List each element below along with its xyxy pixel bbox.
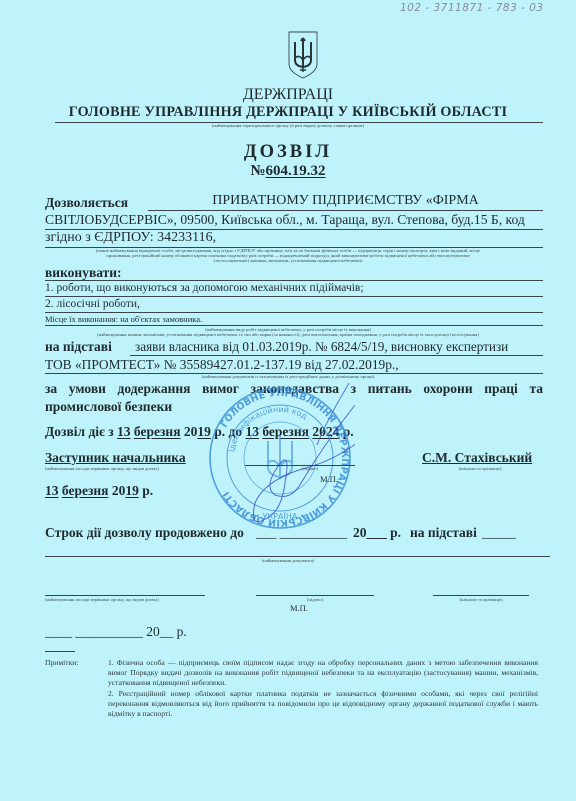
- agency-name: ДЕРЖПРАЦІ: [0, 86, 576, 104]
- note-item-1: 1. Фізична особа — підприємець своїм під…: [108, 658, 538, 688]
- signer-position: Заступник начальника: [45, 450, 186, 466]
- office-caption: (найменування територіального органу (в …: [0, 123, 576, 128]
- extension-date: ____ __________ 20__ р.: [45, 624, 187, 640]
- extension-stamp-label: М.П.: [290, 603, 308, 613]
- extension-basis-label: на підставі: [410, 525, 477, 541]
- grantee-line-1: ПРИВАТНОМУ ПІДПРИЄМСТВУ «ФІРМА: [148, 193, 543, 209]
- work-location: Місце їх виконання: на об'єктах замовник…: [45, 314, 202, 324]
- basis-line-2: ТОВ «ПРОМТЕСТ» № 35589427.01.2-137.19 ві…: [45, 357, 399, 373]
- rule: [148, 210, 543, 211]
- note-item-2: 2. Реєстраційний номер облікової картки …: [108, 689, 538, 719]
- extension-year: 20___ р.: [353, 525, 401, 541]
- grantee-caption-3: (застосовуватиме) машини, механізми, уст…: [0, 258, 576, 263]
- permit-number-prefix: №: [250, 163, 265, 179]
- rule: [45, 312, 543, 313]
- extension-name-caption: (ініціали та прізвище): [433, 597, 529, 602]
- extension-document-line: [45, 556, 550, 557]
- work-item-1: 1. роботи, що виконуються за допомогою м…: [45, 282, 364, 294]
- signer-name: С.М. Стахівський: [422, 450, 532, 466]
- extension-date-blank: ___ __________: [256, 525, 347, 541]
- validity-prefix: Дозвіл діє з: [45, 424, 114, 439]
- basis-label: на підставі: [45, 339, 112, 355]
- extension-position-line: [45, 595, 205, 596]
- grantee-label: Дозволяється: [45, 195, 128, 211]
- regional-office-name: ГОЛОВНЕ УПРАВЛІННЯ ДЕРЖПРАЦІ У КИЇВСЬКІЙ…: [0, 104, 576, 121]
- extension-basis-blank: _____: [482, 525, 516, 541]
- issue-date-month: березня: [62, 483, 109, 498]
- extension-signature-line: [256, 595, 374, 596]
- signature-caption: (підпис): [290, 466, 330, 471]
- official-stamp: ГОЛОВНЕ УПРАВЛІННЯ ДЕРЖПРАЦІ У КИЇВСЬКІЙ…: [205, 383, 355, 533]
- notes-label: Примітки:: [45, 658, 78, 668]
- trident-emblem-icon: [286, 30, 320, 80]
- extension-signature-caption: (підпис): [256, 597, 374, 602]
- rule: [45, 325, 543, 326]
- signer-name-caption: (ініціали та прізвище): [440, 466, 520, 471]
- rule: [130, 355, 543, 356]
- notes-divider: [45, 651, 75, 652]
- permit-number-value: 604.19.32: [266, 163, 326, 179]
- validity-from-year-prefix: 20: [184, 424, 198, 439]
- grantee-line-2: СВІТЛОБУДСЕРВІС», 09500, Київська обл., …: [45, 212, 525, 228]
- extension-label: Строк дії дозволу продовжено до: [45, 525, 244, 541]
- stamp-place-label: М.П.: [320, 474, 338, 484]
- rule: [45, 296, 543, 297]
- basis-caption: (найменування документів із зазначенням …: [0, 374, 576, 379]
- rule: [45, 280, 543, 281]
- grantee-line-3: згідно з ЄДРПОУ: 34233116,: [45, 230, 216, 246]
- works-caption-2: (найменування машин, механізмів, устатко…: [0, 332, 576, 337]
- work-item-2: 2. лісосічні роботи,: [45, 298, 140, 310]
- extension-position-caption: (найменування посади керівника органу, щ…: [45, 597, 205, 602]
- svg-text:• УКРАЇНА •: • УКРАЇНА •: [255, 511, 304, 521]
- extension-name-line: [433, 595, 529, 596]
- validity-from-month: березня: [134, 424, 181, 439]
- permit-title: ДОЗВІЛ: [0, 142, 576, 163]
- signer-position-caption: (найменування посади керівника органу, щ…: [45, 466, 195, 471]
- permit-number: №604.19.32: [0, 163, 576, 180]
- issue-date-day: 13: [45, 483, 59, 498]
- issue-date: 13 березня 2019 р.: [45, 483, 153, 499]
- condition-line-2: промислової безпеки: [45, 399, 172, 415]
- validity-from-day: 13: [117, 424, 131, 439]
- extension-document-caption: (найменування документа): [0, 558, 576, 563]
- issue-date-year-suffix: 19: [125, 483, 139, 498]
- basis-line-1: заяви власника від 01.03.2019р. № 6824/5…: [135, 339, 508, 355]
- handwritten-registration-number: 102 - 3711871 - 783 - 03: [400, 2, 544, 14]
- issue-date-year-prefix: 20: [112, 483, 126, 498]
- works-label: виконувати:: [45, 265, 122, 281]
- issue-date-unit: р.: [142, 483, 153, 498]
